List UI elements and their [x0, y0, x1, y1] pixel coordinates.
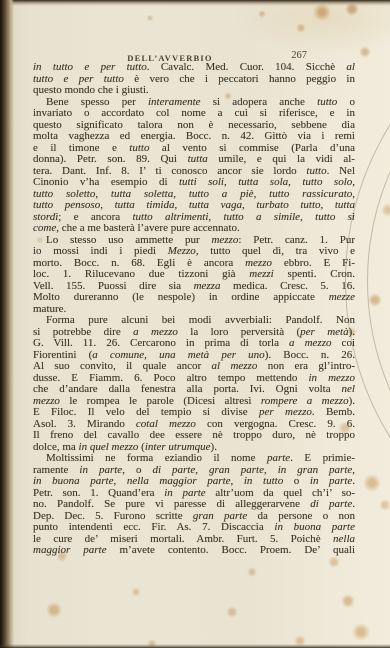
- text-line: Vell. 155. Puossi dire sia mezza medica.…: [33, 281, 355, 293]
- page-number: 267: [291, 50, 307, 61]
- text-line: tutto e per tutto è vero che i peccatori…: [33, 74, 355, 86]
- text-line: Cinonio v’ha esempio di tutti soli, tutt…: [33, 177, 355, 189]
- text-line: in tutto e per tutto. Cavalc. Med. Cuor.…: [33, 62, 355, 74]
- ring-stain-inner: [367, 7, 390, 555]
- text-line: Dep. Dec. 5. Furono scritte gran parte d…: [33, 511, 355, 523]
- book-gutter-edge: [0, 0, 14, 648]
- text-line: Asol. 3. Mirando cotal mezzo con vergogn…: [33, 419, 355, 431]
- text-line: E Filoc. Il velo del tempio si divise pe…: [33, 407, 355, 419]
- text-line: G. Vill. 11. 26. Cercarono in prima di t…: [33, 338, 355, 350]
- text-line: Bene spesso per interamente si adopera a…: [33, 97, 355, 109]
- text-line: Il freno del cavallo dee essere nè tropp…: [33, 430, 355, 442]
- text-line: molta vaghezza ed energia. Bocc. n. 42. …: [33, 131, 355, 143]
- scan-top-edge: [0, 0, 390, 6]
- text-line: Fiorentini (a comune, una metà per uno).…: [33, 350, 355, 362]
- text-line: tutto pensoso, tutta timida, tutta vaga,…: [33, 200, 355, 212]
- text-line: donna). Petr. son. 89. Qui tutta umile, …: [33, 154, 355, 166]
- page-body: in tutto e per tutto. Cavalc. Med. Cuor.…: [33, 62, 355, 557]
- text-line: maggior parte m’avete contento. Bocc. Pr…: [33, 545, 355, 557]
- text-line: che d’andare dalla fenestra alla porta. …: [33, 384, 355, 396]
- text-line: loc. 1. Rilucevano due tizzoni già mezzi…: [33, 269, 355, 281]
- text-line: stordì; e ancora tutto altrimenti, tutto…: [33, 212, 355, 224]
- text-line: come, che a me basterà l’avere pure acce…: [33, 223, 355, 235]
- text-line: dusse. E Fiamm. 6. Poco altro tempo mett…: [33, 373, 355, 385]
- text-line: in buona parte, nella maggior parte, in …: [33, 476, 355, 488]
- text-line: mezzo le rompea le parole (Dicesi altres…: [33, 396, 355, 408]
- text-line: morto. Bocc. n. 68. Egli è ancora mezzo …: [33, 258, 355, 270]
- text-line: mature.: [33, 304, 355, 316]
- text-line: Lo stesso uso ammette pur mezzo: Petr. c…: [33, 235, 355, 247]
- text-line: Al suo convito, il quale ancor al mezzo …: [33, 361, 355, 373]
- text-line: tutto soletto, tutta soletta, tutto a pi…: [33, 189, 355, 201]
- text-line: invariato o accordato col nome a cui si …: [33, 108, 355, 120]
- text-line: questo significato talora non è necessar…: [33, 120, 355, 132]
- text-line: dolce, ma in quel mezzo (inter utrumque)…: [33, 442, 355, 454]
- text-line: si potrebbe dire a mezzo la loro pervers…: [33, 327, 355, 339]
- text-line: Forma pure alcuni bei modi avverbiali: P…: [33, 315, 355, 327]
- text-line: punto intendenti ecc. Fir. As. 7. Discac…: [33, 522, 355, 534]
- text-line: Molto dureranno (le nespole) in ordine a…: [33, 292, 355, 304]
- text-line: e il timone e tutto al vento si commise …: [33, 143, 355, 155]
- book-page-scan: DELL’AVVERBIO 267 in tutto e per tutto. …: [0, 0, 390, 648]
- text-line: ramente in parte, o di parte, gran parte…: [33, 465, 355, 477]
- text-line: io mossi indi i piedi Mezzo, tutto quel …: [33, 246, 355, 258]
- text-line: le cure de’ miseri mortali. Ambr. Furt. …: [33, 534, 355, 546]
- text-line: no. Pandolf. Se pure vi paresse di alleg…: [33, 499, 355, 511]
- text-line: Moltissimi ne forma eziandio il nome par…: [33, 453, 355, 465]
- text-line: Petr. son. 1. Quand’era in parte altr’uo…: [33, 488, 355, 500]
- text-line: tera. Dant. Inf. 8. I’ ti conosco ancor …: [33, 166, 355, 178]
- scan-bottom-edge: [0, 644, 390, 648]
- text-line: questo mondo che i giusti.: [33, 85, 355, 97]
